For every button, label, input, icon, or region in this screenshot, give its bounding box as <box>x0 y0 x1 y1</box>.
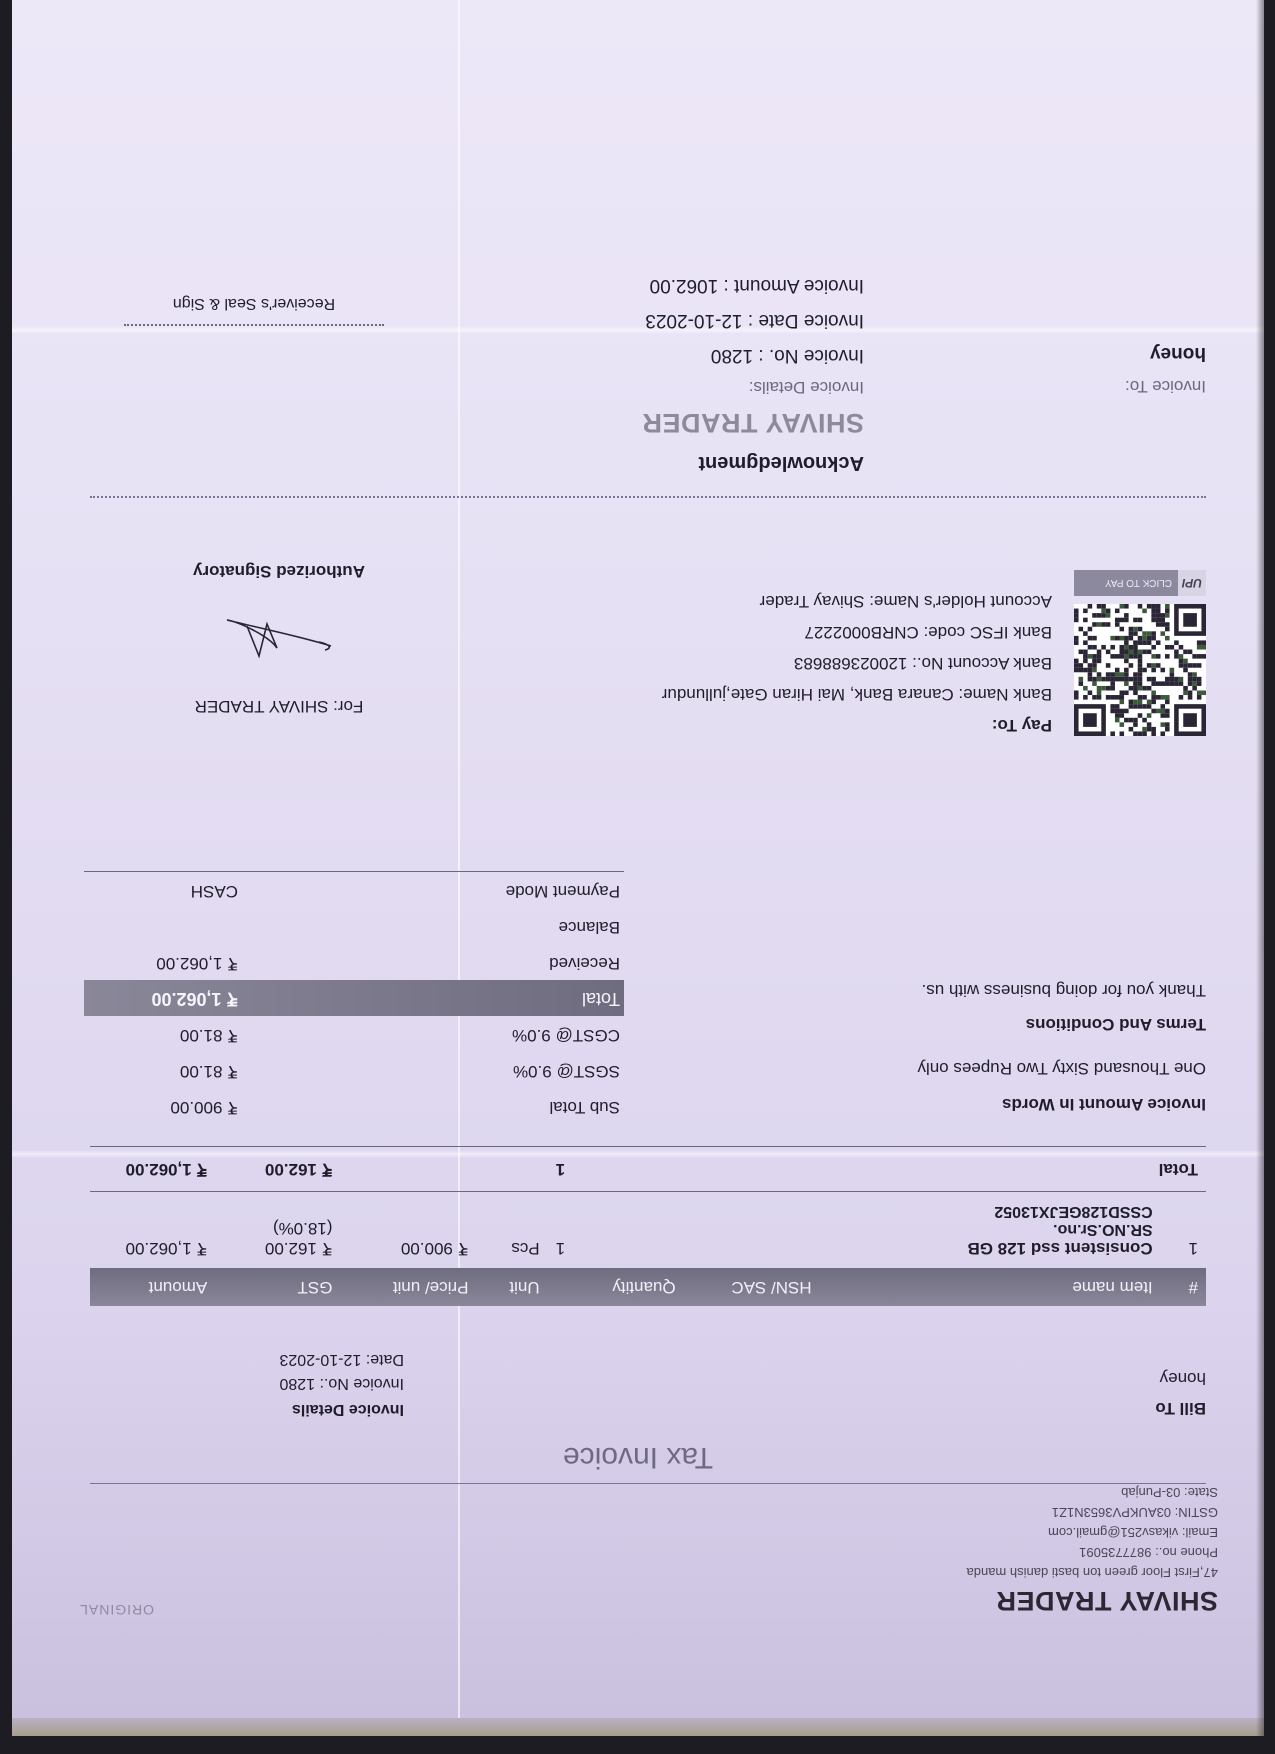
signature-for: For: SHIVAY TRADER <box>114 696 444 716</box>
row-gst: ₹ 162.00 (18.0%) <box>215 1192 340 1269</box>
col-gst: GST <box>215 1268 340 1306</box>
summary-value: CASH <box>88 879 238 901</box>
pay-to-block: Pay To: Bank Name: Canara Bank, Mai Hira… <box>632 581 1052 736</box>
summary-value: ₹ 81.00 <box>88 1059 238 1081</box>
acknowledgment-invoice-to: Invoice To: honey <box>1125 342 1206 396</box>
bill-to-label: Bill To <box>1155 1398 1206 1418</box>
terms-text: Thank you for doing business with us. <box>646 980 1206 1000</box>
row-gst-rate: (18.0%) <box>223 1218 332 1238</box>
invoice-details-heading: Invoice Details <box>279 1400 404 1418</box>
row-quantity: 1 <box>548 1192 684 1269</box>
summary-row-sgst: SGST@ 9.0% ₹ 81.00 <box>84 1052 624 1088</box>
col-item-name: Item name <box>820 1268 1161 1306</box>
seller-address: 47,First Floor green ton basti danish ma… <box>967 1565 1218 1580</box>
invoice-date: Date: 12-10-2023 <box>279 1350 404 1368</box>
row-index: 1 <box>1161 1192 1206 1269</box>
row-amount: ₹ 1,062.00 <box>90 1192 215 1269</box>
amount-in-words-block: Invoice Amount In Words One Thousand Six… <box>646 980 1206 1114</box>
terms-heading: Terms And Conditions <box>646 1014 1206 1034</box>
signature-scribble-icon <box>219 596 339 676</box>
divider <box>90 1483 1206 1484</box>
summary-value: ₹ 81.00 <box>88 1023 238 1045</box>
table-total-row: Total 1 ₹ 162.00 ₹ 1,062.00 <box>90 1147 1206 1192</box>
summary-row-received: Received ₹ 1,062.00 <box>84 944 624 980</box>
summary-row-balance: Balance <box>84 908 624 944</box>
row-price: ₹ 900.00 <box>340 1192 476 1269</box>
summary-row-payment-mode: Payment Mode CASH <box>84 871 624 908</box>
row-item: Consistent ssd 128 GB SR.NO.Sr.no. CSSD1… <box>820 1192 1161 1269</box>
col-amount: Amount <box>90 1268 215 1306</box>
row-hsn-sac <box>684 1192 820 1269</box>
col-index: # <box>1161 1268 1206 1306</box>
amount-in-words-heading: Invoice Amount In Words <box>646 1094 1206 1114</box>
item-serial-label: SR.NO.Sr.no. <box>828 1220 1153 1238</box>
click-to-pay-label: CLICK TO PAY <box>1105 578 1178 589</box>
row-unit: Pcs <box>476 1192 547 1269</box>
scanned-invoice-sheet: ORIGINAL SHIVAY TRADER 47,First Floor gr… <box>12 0 1264 1736</box>
receiver-sign-label: Receiver's Seal & Sign <box>124 294 384 312</box>
summary-label: Received <box>549 951 620 973</box>
col-unit: Unit <box>476 1268 547 1306</box>
acknowledgment-company: SHIVAY TRADER <box>642 407 864 438</box>
bill-to-name: honey <box>1160 1368 1206 1388</box>
table-header-row: # Item name HSN/ SAC Quantity Unit Price… <box>90 1268 1206 1306</box>
invoice-to-name: honey <box>1125 342 1206 364</box>
row-gst-amount: ₹ 162.00 <box>223 1238 332 1258</box>
items-table: # Item name HSN/ SAC Quantity Unit Price… <box>90 1146 1206 1306</box>
summary-label: Sub Total <box>549 1095 620 1117</box>
ack-invoice-amount: Invoice Amount : 1062.00 <box>645 276 864 295</box>
summary-row-total: Total ₹ 1,062.00 <box>84 980 624 1016</box>
bank-name: Bank Name: Canara Bank, Mai Hiran Gate,j… <box>632 682 1052 705</box>
seller-name: SHIVAY TRADER <box>967 1585 1218 1616</box>
summary-value <box>88 915 238 937</box>
acknowledgment-title: Acknowledgment <box>464 451 864 474</box>
bank-account-no: Bank Account No.: 120023688683 <box>632 651 1052 674</box>
pay-to-heading: Pay To: <box>632 713 1052 736</box>
summary-label: SGST@ 9.0% <box>513 1059 620 1081</box>
summary-value: ₹ 1,062.00 <box>88 951 238 973</box>
invoice-number: Invoice No.: 1280 <box>279 1374 404 1392</box>
seller-state: State: 03-Punjab <box>967 1485 1218 1500</box>
summary-label: CGST@ 9.0% <box>512 1023 620 1045</box>
upi-click-to-pay-button[interactable]: UPI CLICK TO PAY <box>1074 570 1206 596</box>
receiver-sign-line <box>124 324 384 326</box>
ack-invoice-no: Invoice No. : 1280 <box>645 346 864 365</box>
upi-qr-code-icon[interactable] <box>1074 604 1206 736</box>
account-holder: Account Holder's Name: Shivay Trader <box>632 589 1052 612</box>
invoice-page: ORIGINAL SHIVAY TRADER 47,First Floor gr… <box>12 0 1264 1736</box>
upi-logo-icon: UPI <box>1178 570 1206 596</box>
summary-label: Balance <box>559 915 620 937</box>
page-title: Tax Invoice <box>12 1440 1264 1474</box>
acknowledgment-cut-line <box>90 496 1206 498</box>
col-price: Price/ unit <box>340 1268 476 1306</box>
table-row: 1 Consistent ssd 128 GB SR.NO.Sr.no. CSS… <box>90 1192 1206 1269</box>
summary-box: Sub Total ₹ 900.00 SGST@ 9.0% ₹ 81.00 CG… <box>84 871 624 1124</box>
col-quantity: Quantity <box>548 1268 684 1306</box>
ack-details-label: Invoice Details: <box>645 379 864 396</box>
invoice-to-label: Invoice To: <box>1125 376 1206 396</box>
item-serial: CSSD128GEJX13052 <box>828 1202 1153 1220</box>
seller-email: Email: vikasv251@gmail.com <box>967 1525 1218 1540</box>
seller-gstin: GSTIN: 03AUKPV3653N1Z1 <box>967 1505 1218 1520</box>
signature-block: For: SHIVAY TRADER Authorized Signatory <box>114 561 444 716</box>
authorized-signatory: Authorized Signatory <box>114 561 444 581</box>
total-amount: ₹ 1,062.00 <box>90 1147 215 1192</box>
total-quantity: 1 <box>548 1147 684 1192</box>
summary-total-label: Total <box>582 987 620 1009</box>
receiver-sign-area: Receiver's Seal & Sign <box>124 294 384 326</box>
summary-row-subtotal: Sub Total ₹ 900.00 <box>84 1088 624 1124</box>
col-hsn-sac: HSN/ SAC <box>684 1268 820 1306</box>
item-name: Consistent ssd 128 GB <box>828 1238 1153 1258</box>
seller-phone: Phone no.: 9877735091 <box>967 1545 1218 1560</box>
amount-in-words: One Thousand Sixty Two Rupees only <box>646 1058 1206 1078</box>
invoice-details: Invoice Details Invoice No.: 1280 Date: … <box>279 1344 404 1418</box>
summary-value: ₹ 900.00 <box>88 1095 238 1117</box>
summary-row-cgst: CGST@ 9.0% ₹ 81.00 <box>84 1016 624 1052</box>
copy-label: ORIGINAL <box>79 1602 154 1618</box>
acknowledgment-details: Invoice Details: Invoice No. : 1280 Invo… <box>645 260 864 396</box>
summary-total-value: ₹ 1,062.00 <box>88 987 238 1009</box>
total-gst: ₹ 162.00 <box>215 1147 340 1192</box>
total-label: Total <box>684 1147 1206 1192</box>
bank-ifsc: Bank IFSC code: CNRB0002227 <box>632 620 1052 643</box>
seller-block: SHIVAY TRADER 47,First Floor green ton b… <box>967 1485 1218 1616</box>
summary-label: Payment Mode <box>506 879 620 901</box>
ack-invoice-date: Invoice Date : 12-10-2023 <box>645 311 864 330</box>
